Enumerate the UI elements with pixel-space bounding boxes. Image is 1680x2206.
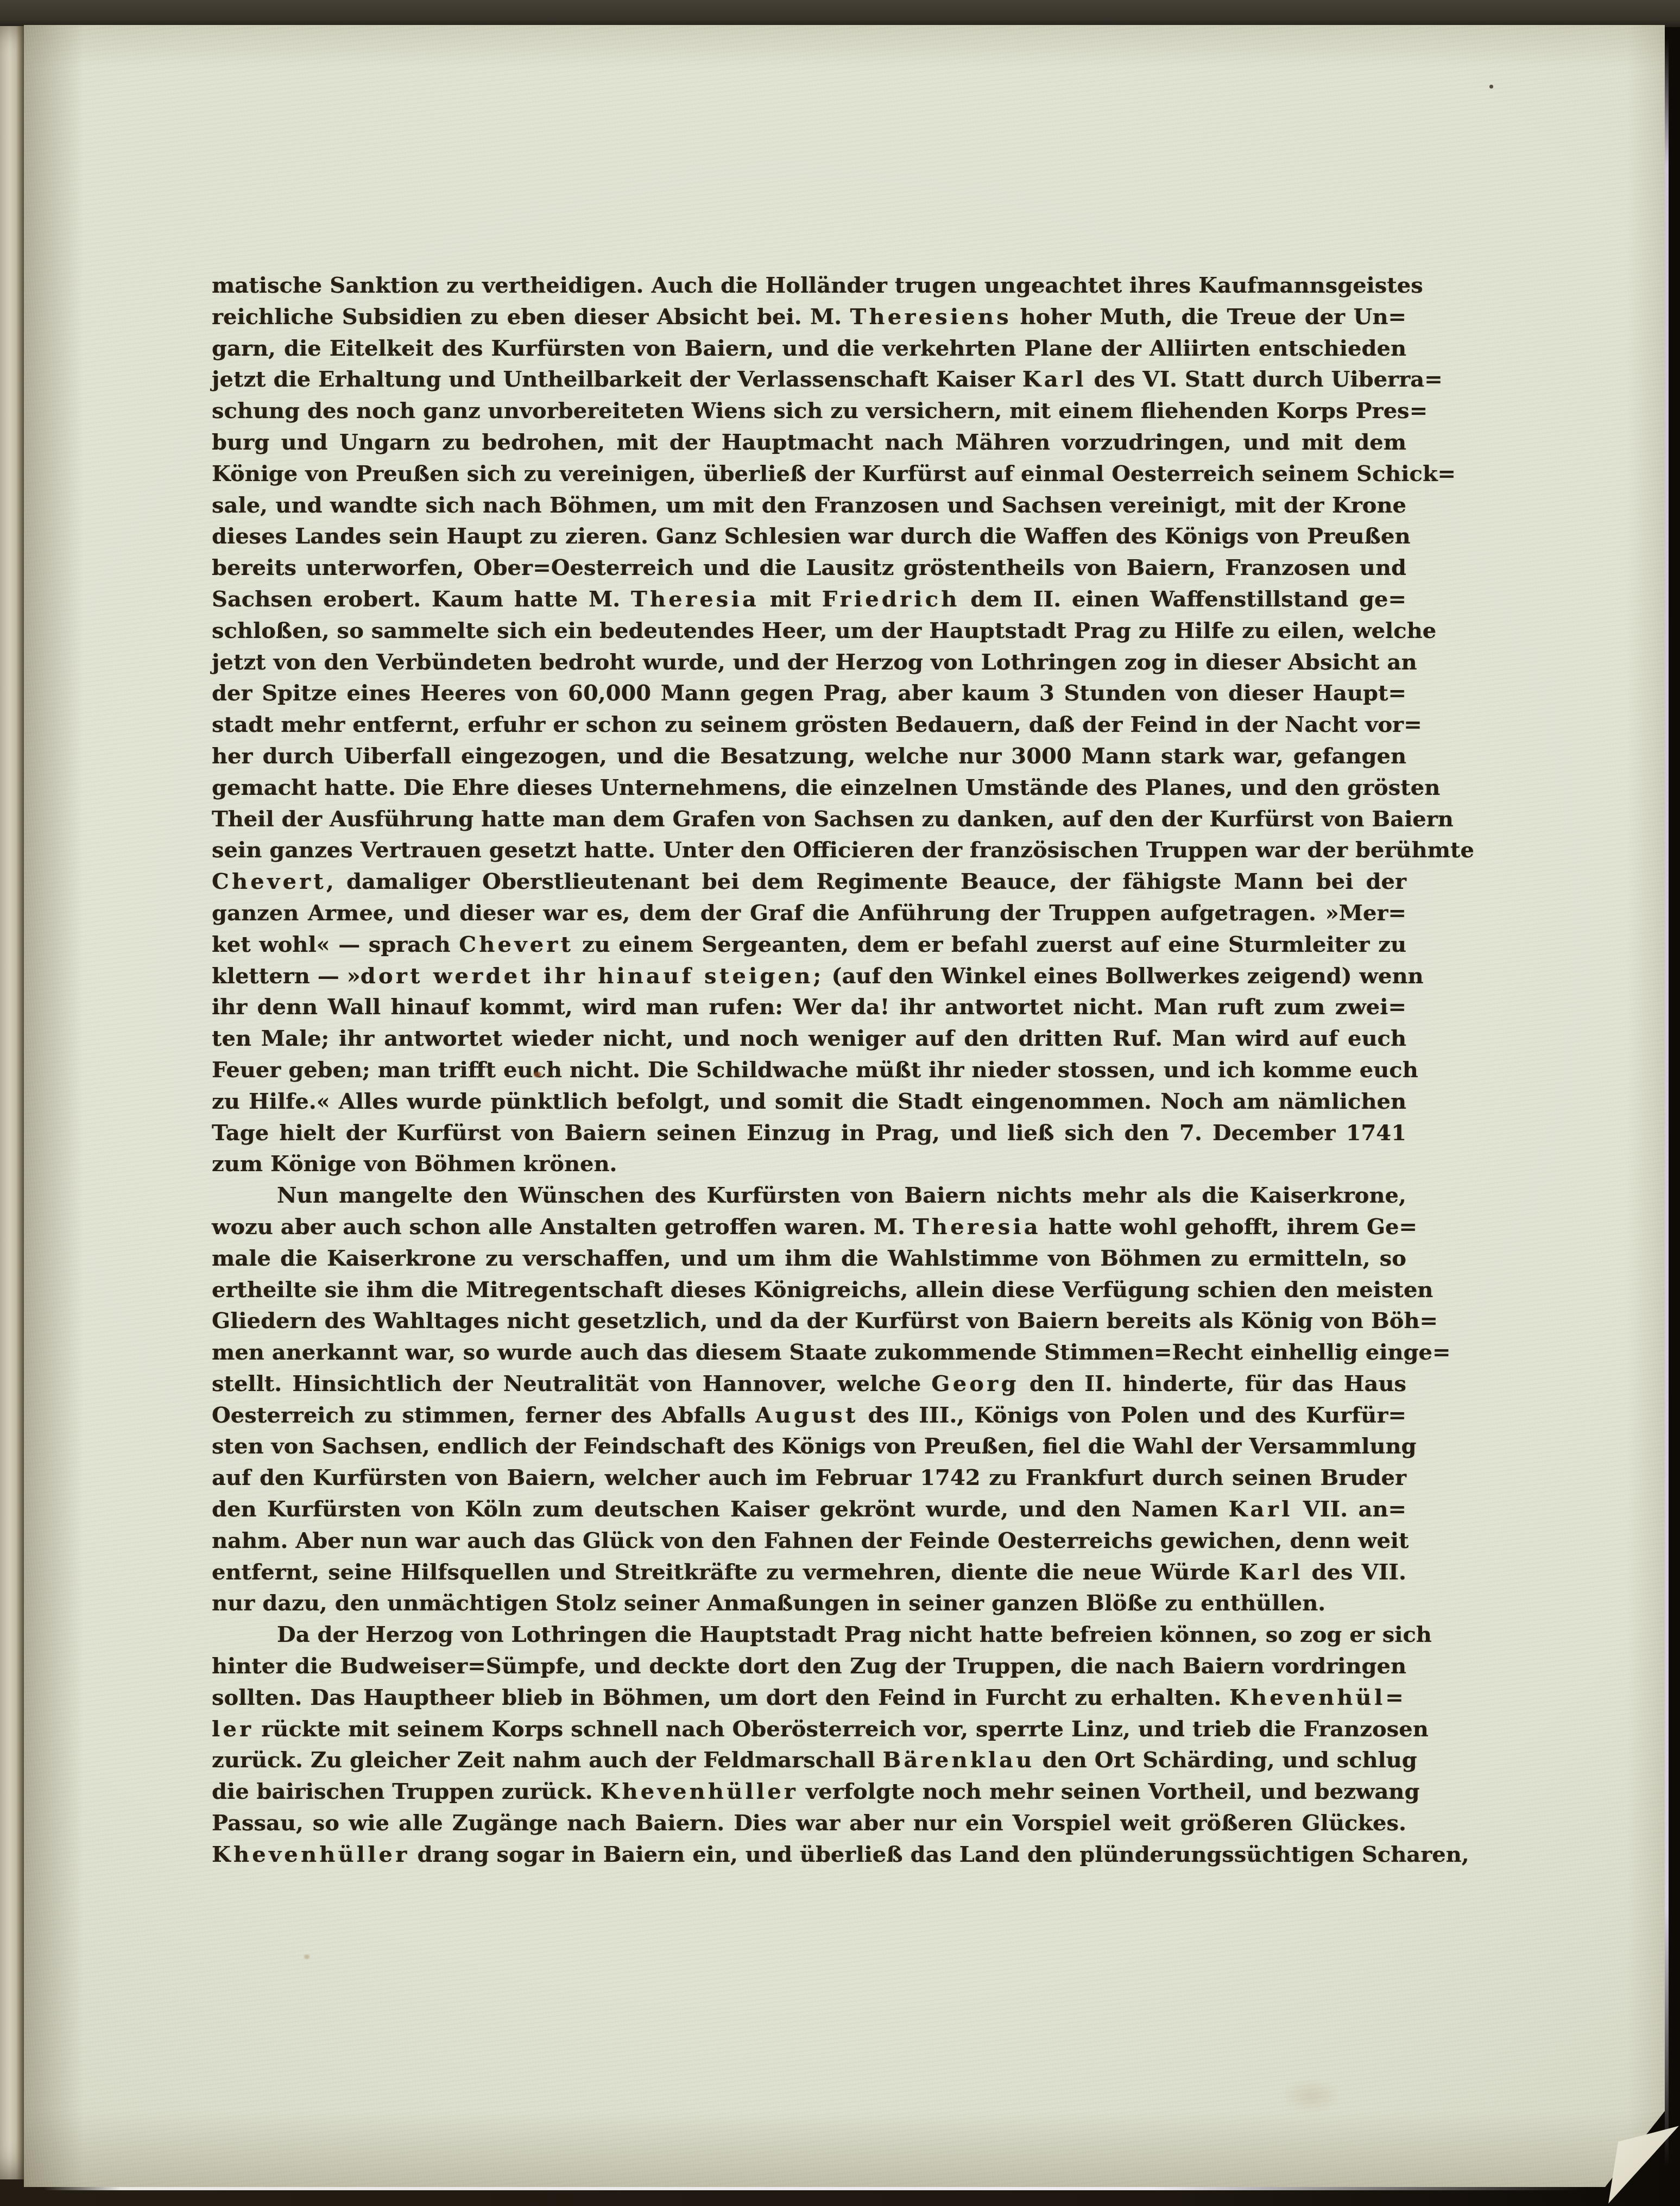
letterspaced-name: Chevert — [459, 932, 573, 957]
text-segment: ket wohl« — sprach — [212, 932, 459, 957]
text-segment: Nun mangelte den Wünschen des Kurfürsten… — [277, 1183, 1406, 1208]
text-segment: wozu aber auch schon alle Anstalten getr… — [212, 1214, 913, 1240]
text-segment: nahm. Aber nun war auch das Glück von de… — [212, 1528, 1409, 1553]
text-segment: zu Hilfe.« Alles wurde pünktlich befolgt… — [212, 1089, 1406, 1114]
letterspaced-name: Georg — [931, 1371, 1019, 1396]
letterspaced-name: ler — [212, 1716, 254, 1742]
text-line: zu Hilfe.« Alles wurde pünktlich befolgt… — [212, 1086, 1406, 1117]
letterspaced-name: Theresia — [913, 1214, 1041, 1240]
text-segment: zu einem Sergeanten, dem er befahl zuers… — [573, 932, 1406, 957]
text-segment: Feuer geben; man trifft euch nicht. Die … — [212, 1057, 1418, 1083]
text-segment: , damaliger Oberstlieutenant bei dem Reg… — [326, 869, 1406, 894]
text-line: Feuer geben; man trifft euch nicht. Die … — [212, 1054, 1406, 1086]
text-line: sten von Sachsen, endlich der Feindschaf… — [212, 1431, 1406, 1462]
letterspaced-name: Friedrich — [822, 586, 960, 612]
book-page: matische Sanktion zu vertheidigen. Auch … — [24, 25, 1665, 2187]
text-segment: des III., Königs von Polen und des Kurfü… — [858, 1402, 1406, 1428]
text-segment: des VII. — [1303, 1559, 1406, 1585]
text-line: sale, und wandte sich nach Böhmen, um mi… — [212, 490, 1406, 521]
text-segment: ten Male; ihr antwortet wieder nicht, un… — [212, 1026, 1406, 1051]
text-segment: sten von Sachsen, endlich der Feindschaf… — [212, 1433, 1417, 1459]
letterspaced-name: Karl — [1022, 366, 1087, 392]
text-line: burg und Ungarn zu bedrohen, mit der Hau… — [212, 427, 1406, 458]
text-segment: ihr denn Wall hinauf kommt, wird man ruf… — [212, 994, 1406, 1020]
text-line: Theil der Ausführung hatte man dem Grafe… — [212, 804, 1406, 835]
fore-edge-highlight — [1665, 38, 1669, 2166]
letterspaced-name: dort werdet ihr hinauf steigen; — [361, 963, 824, 989]
text-line: ket wohl« — sprach Chevert zu einem Serg… — [212, 929, 1406, 960]
text-line: her durch Uiberfall eingezogen, und die … — [212, 741, 1406, 772]
text-line: Khevenhüller drang sogar in Baiern ein, … — [212, 1839, 1406, 1870]
text-segment: jetzt die Erhaltung und Untheilbarkeit d… — [212, 366, 1022, 392]
text-line: schung des noch ganz unvorbereiteten Wie… — [212, 395, 1406, 427]
text-line: Sachsen erobert. Kaum hatte M. Theresia … — [212, 584, 1406, 615]
text-segment: Gliedern des Wahltages nicht gesetzlich,… — [212, 1308, 1438, 1333]
text-line: hinter die Budweiser=Sümpfe, und deckte … — [212, 1651, 1406, 1682]
scanner-background-top — [0, 0, 1680, 27]
bottom-edge-highlight — [43, 2187, 1586, 2190]
text-segment: zum Könige von Böhmen krönen. — [212, 1151, 617, 1177]
text-segment: hatte wohl gehofft, ihrem Ge= — [1041, 1214, 1417, 1240]
text-segment: stellt. Hinsichtlich der Neutralität von… — [212, 1371, 931, 1396]
text-segment: men anerkannt war, so wurde auch das die… — [212, 1339, 1450, 1365]
text-segment: sollten. Das Hauptheer blieb in Böhmen, … — [212, 1685, 1229, 1710]
text-line: men anerkannt war, so wurde auch das die… — [212, 1337, 1406, 1368]
text-line: Da der Herzog von Lothringen die Hauptst… — [212, 1619, 1406, 1651]
letterspaced-name: Khevenhül= — [1229, 1685, 1406, 1710]
text-segment: zurück. Zu gleicher Zeit nahm auch der F… — [212, 1747, 882, 1773]
text-segment: mit — [759, 586, 822, 612]
text-line: Passau, so wie alle Zugänge nach Baiern.… — [212, 1807, 1406, 1839]
text-line: auf den Kurfürsten von Baiern, welcher a… — [212, 1462, 1406, 1494]
text-line: klettern — »dort werdet ihr hinauf steig… — [212, 960, 1406, 992]
text-segment: gemacht hatte. Die Ehre dieses Unternehm… — [212, 775, 1440, 800]
text-line: reichliche Subsidien zu eben dieser Absi… — [212, 301, 1406, 333]
text-segment: drang sogar in Baiern ein, und überließ … — [410, 1842, 1469, 1867]
text-block: matische Sanktion zu vertheidigen. Auch … — [212, 270, 1406, 1870]
text-segment: schloßen, so sammelte sich ein bedeutend… — [212, 618, 1436, 643]
text-segment: Oesterreich zu stimmen, ferner des Abfal… — [212, 1402, 755, 1428]
text-segment: garn, die Eitelkeit des Kurfürsten von B… — [212, 336, 1406, 361]
text-segment: sale, und wandte sich nach Böhmen, um mi… — [212, 492, 1406, 518]
text-segment: die bairischen Truppen zurück. — [212, 1779, 601, 1804]
text-segment: Theil der Ausführung hatte man dem Grafe… — [212, 806, 1454, 832]
text-segment: rückte mit seinem Korps schnell nach Obe… — [254, 1716, 1428, 1742]
text-segment: ertheilte sie ihm die Mitregentschaft di… — [212, 1277, 1433, 1303]
text-segment: sein ganzes Vertrauen gesetzt hatte. Unt… — [212, 837, 1474, 863]
letterspaced-name: Khevenhüller — [212, 1842, 410, 1867]
text-line: ihr denn Wall hinauf kommt, wird man ruf… — [212, 991, 1406, 1023]
text-line: nur dazu, den unmächtigen Stolz seiner A… — [212, 1588, 1406, 1619]
text-segment: Tage hielt der Kurfürst von Baiern seine… — [212, 1120, 1406, 1146]
text-segment: Passau, so wie alle Zugänge nach Baiern.… — [212, 1810, 1406, 1836]
text-segment: Sachsen erobert. Kaum hatte M. — [212, 586, 631, 612]
text-segment: (auf den Winkel eines Bollwerkes zeigend… — [824, 963, 1424, 989]
text-segment: den Ort Schärding, und schlug — [1035, 1747, 1417, 1773]
text-line: ertheilte sie ihm die Mitregentschaft di… — [212, 1274, 1406, 1306]
text-line: gemacht hatte. Die Ehre dieses Unternehm… — [212, 772, 1406, 804]
text-segment: reichliche Subsidien zu eben dieser Absi… — [212, 304, 850, 330]
text-line: Gliedern des Wahltages nicht gesetzlich,… — [212, 1305, 1406, 1337]
text-line: ten Male; ihr antwortet wieder nicht, un… — [212, 1023, 1406, 1054]
text-line: bereits unterworfen, Ober=Oesterreich un… — [212, 552, 1406, 584]
text-segment: den II. hinderte, für das Haus — [1019, 1371, 1406, 1396]
text-line: Chevert, damaliger Oberstlieutenant bei … — [212, 866, 1406, 897]
text-segment: Könige von Preußen sich zu vereinigen, ü… — [212, 461, 1456, 486]
text-segment: dem II. einen Waffenstillstand ge= — [960, 586, 1406, 612]
text-line: sein ganzes Vertrauen gesetzt hatte. Unt… — [212, 835, 1406, 866]
text-line: stellt. Hinsichtlich der Neutralität von… — [212, 1368, 1406, 1400]
text-line: Könige von Preußen sich zu vereinigen, ü… — [212, 458, 1406, 490]
text-line: jetzt von den Verbündeten bedroht wurde,… — [212, 647, 1406, 678]
text-segment: des VI. Statt durch Uiberra= — [1087, 366, 1443, 392]
text-segment: verfolgte noch mehr seinen Vortheil, und… — [798, 1779, 1419, 1804]
text-segment: her durch Uiberfall eingezogen, und die … — [212, 743, 1406, 769]
text-line: jetzt die Erhaltung und Untheilbarkeit d… — [212, 364, 1406, 395]
text-segment: dieses Landes sein Haupt zu zieren. Ganz… — [212, 523, 1411, 549]
text-line: ganzen Armee, und dieser war es, dem der… — [212, 897, 1406, 929]
text-segment: klettern — » — [212, 963, 361, 989]
text-line: die bairischen Truppen zurück. Khevenhül… — [212, 1776, 1406, 1807]
text-segment: hinter die Budweiser=Sümpfe, und deckte … — [212, 1653, 1406, 1679]
text-segment: VII. an= — [1292, 1496, 1406, 1522]
text-segment: matische Sanktion zu vertheidigen. Auch … — [212, 273, 1423, 298]
letterspaced-name: Karl — [1229, 1496, 1293, 1522]
letterspaced-name: Theresiens — [850, 304, 1012, 330]
text-line: entfernt, seine Hilfsquellen und Streitk… — [212, 1557, 1406, 1588]
text-line: wozu aber auch schon alle Anstalten getr… — [212, 1211, 1406, 1243]
text-line: Tage hielt der Kurfürst von Baiern seine… — [212, 1117, 1406, 1149]
text-segment: stadt mehr entfernt, erfuhr er schon zu … — [212, 712, 1422, 737]
text-segment: jetzt von den Verbündeten bedroht wurde,… — [212, 649, 1417, 675]
text-line: sollten. Das Hauptheer blieb in Böhmen, … — [212, 1682, 1406, 1714]
letterspaced-name: August — [755, 1402, 858, 1428]
text-line: dieses Landes sein Haupt zu zieren. Ganz… — [212, 521, 1406, 552]
letterspaced-name: Khevenhüller — [601, 1779, 799, 1804]
text-line: nahm. Aber nun war auch das Glück von de… — [212, 1525, 1406, 1557]
text-segment: Da der Herzog von Lothringen die Hauptst… — [277, 1622, 1432, 1647]
text-segment: auf den Kurfürsten von Baiern, welcher a… — [212, 1465, 1406, 1490]
book-scan: matische Sanktion zu vertheidigen. Auch … — [0, 0, 1680, 2206]
text-line: den Kurfürsten von Köln zum deutschen Ka… — [212, 1494, 1406, 1525]
text-segment: entfernt, seine Hilfsquellen und Streitk… — [212, 1559, 1239, 1585]
text-segment: bereits unterworfen, Ober=Oesterreich un… — [212, 555, 1406, 580]
text-line: schloßen, so sammelte sich ein bedeutend… — [212, 615, 1406, 647]
text-segment: den Kurfürsten von Köln zum deutschen Ka… — [212, 1496, 1229, 1522]
text-line: der Spitze eines Heeres von 60,000 Mann … — [212, 678, 1406, 709]
text-line: male die Kaiserkrone zu verschaffen, und… — [212, 1243, 1406, 1274]
text-line: Nun mangelte den Wünschen des Kurfürsten… — [212, 1180, 1406, 1211]
text-line: zum Könige von Böhmen krönen. — [212, 1148, 1406, 1180]
text-segment: burg und Ungarn zu bedrohen, mit der Hau… — [212, 429, 1406, 455]
text-segment: schung des noch ganz unvorbereiteten Wie… — [212, 398, 1428, 423]
text-segment: nur dazu, den unmächtigen Stolz seiner A… — [212, 1590, 1325, 1616]
text-segment: hoher Muth, die Treue der Un= — [1012, 304, 1406, 330]
text-line: Oesterreich zu stimmen, ferner des Abfal… — [212, 1400, 1406, 1431]
letterspaced-name: Theresia — [631, 586, 759, 612]
letterspaced-name: Karl — [1239, 1559, 1303, 1585]
text-segment: der Spitze eines Heeres von 60,000 Mann … — [212, 680, 1406, 706]
text-line: stadt mehr entfernt, erfuhr er schon zu … — [212, 709, 1406, 741]
text-line: zurück. Zu gleicher Zeit nahm auch der F… — [212, 1744, 1406, 1776]
letterspaced-name: Bärenklau — [882, 1747, 1034, 1773]
text-segment: male die Kaiserkrone zu verschaffen, und… — [212, 1246, 1406, 1271]
text-segment: ganzen Armee, und dieser war es, dem der… — [212, 900, 1406, 926]
text-line: matische Sanktion zu vertheidigen. Auch … — [212, 270, 1406, 301]
dog-ear-flap — [1606, 2123, 1680, 2206]
previous-page-edge — [0, 26, 24, 2179]
text-line: ler rückte mit seinem Korps schnell nach… — [212, 1714, 1406, 1745]
text-line: garn, die Eitelkeit des Kurfürsten von B… — [212, 333, 1406, 364]
letterspaced-name: Chevert — [212, 869, 326, 894]
